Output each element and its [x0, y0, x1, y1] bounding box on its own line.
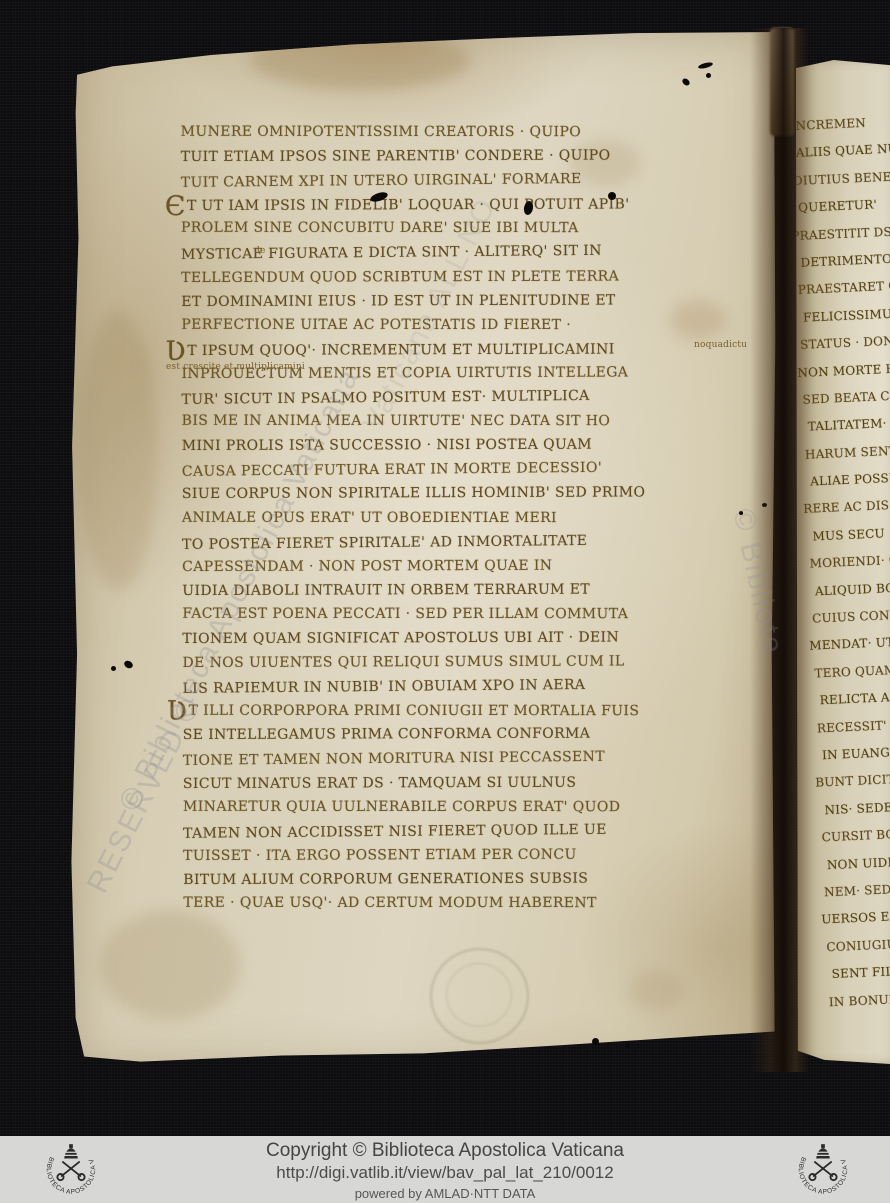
footer-url: http://digi.vatlib.it/view/bav_pal_lat_2… [0, 1163, 890, 1183]
library-stamp-inner-ring [446, 963, 512, 1027]
copyright-footer: Copyright © Biblioteca Apostolica Vatica… [0, 1136, 890, 1203]
library-stamp [430, 948, 529, 1044]
crossed-keys-icon [809, 1162, 836, 1181]
interlinear-gloss: de [254, 246, 266, 256]
manuscript-line: TELLEGENDUM QUOD SCRIBTUM EST IN PLETE T… [181, 268, 773, 294]
manuscript-line: TIONEM QUAM SIGNIFICAT APOSTOLUS UBI AIT… [182, 629, 774, 655]
facing-page-line: PRAESTARET COR [798, 278, 890, 311]
facing-page-line: IN BONUM [829, 989, 890, 1022]
ink-spot [608, 192, 616, 200]
parchment-stain [250, 30, 470, 90]
manuscript-line: TUISSET · ITA ERGO POSSENT ETIAM PER CON… [183, 846, 775, 872]
facing-page-line: RECESSIT' [817, 716, 890, 749]
facing-page-line: ALIIS QUAE NU [796, 141, 890, 173]
manuscript-line: TERE · QUAE USQ'· AD CERTUM MODUM HABERE… [183, 895, 775, 920]
vatican-library-logo: BIBLIOTECA APOSTOLICA VATICANA [40, 1138, 102, 1200]
facing-page-line: MORIENDI· G [809, 552, 890, 585]
facing-page-line: SENT FILIOS L [831, 962, 890, 994]
parchment-stain [78, 310, 158, 590]
facing-page-line: BUNT DICIT TE [815, 771, 890, 804]
facing-page-line: UERSOS ERA [821, 907, 890, 940]
vatican-library-logo: BIBLIOTECA APOSTOLICA VATICANA [792, 1138, 854, 1200]
facing-page-line: SED BEATA COM [802, 387, 890, 420]
facing-page-line: NEM· SED P [824, 880, 890, 913]
manuscript-line: SICUT MINATUS ERAT DS · TAMQUAM SI UULNU… [183, 773, 775, 799]
footer-copyright: Copyright © Biblioteca Apostolica Vatica… [0, 1140, 890, 1162]
interlinear-gloss: est crescite et multiplicamini [166, 362, 305, 372]
crossed-keys-icon [57, 1162, 84, 1181]
facing-page-line: ALIAE POSSU [810, 470, 890, 502]
facing-page-line: ALIQUID BONI [815, 579, 890, 611]
facing-page-line: TALITATEM· [807, 415, 890, 447]
manuscript-line: PERFECTIONE UITAE AC POTESTATIS ID FIERE… [181, 316, 773, 341]
manuscript-line: FACTA EST POENA PECCATI · SED PER ILLAM … [182, 606, 774, 631]
manuscript-line: ƲT ILLI CORPORPORA PRIMI CONIUGII ET MOR… [183, 702, 775, 727]
manuscript-line: TUR' SICUT IN PSALMO POSITUM EST· MULTIP… [181, 386, 773, 416]
manuscript-line: BITUM ALIUM CORPORUM GENERATIONES SUBSIS [183, 870, 775, 896]
facing-page-line: CONIUGIUM [826, 935, 890, 968]
facing-page-line: RELICTA ALTE [819, 688, 890, 720]
facing-page-line: TERO QUAM D [814, 661, 890, 694]
manuscript-line: LIS RAPIEMUR IN NUBIB' IN OBUIAM XPO IN … [182, 675, 774, 705]
ink-spot [625, 1043, 630, 1048]
facing-page-line: STATUS · DONEC [800, 333, 890, 366]
ink-spot [111, 666, 116, 671]
manuscript-line: BIS ME IN ANIMA MEA IN UIRTUTE' NEC DATA… [182, 413, 774, 438]
parchment-stain [630, 970, 682, 1012]
facing-page-line: CUIUS CONFOE [812, 606, 890, 639]
footer-powered-by: powered by AMLAD·NTT DATA [0, 1186, 890, 1201]
facing-page-line: FELICISSIMUM Q [803, 305, 890, 337]
facing-page-strip: INCREMENALIIS QUAE NUDIUTIUS BENEQUERETU… [796, 56, 890, 1068]
facing-page-line: PRAESTITIT DS PE [796, 223, 890, 256]
facing-page-line: HARUM SENTE [805, 442, 890, 475]
facing-page-line: RERE AC DIS [803, 497, 890, 530]
facing-page-line: NIS· SEDET [824, 798, 890, 830]
facing-page-line: MUS SECU [812, 524, 890, 556]
ink-spot [706, 73, 711, 78]
facing-page-line: DIUTIUS BENE [796, 169, 890, 202]
facing-page-line: IN EUANGELI [822, 743, 890, 775]
papal-tiara-icon [63, 1144, 79, 1158]
facing-page-line: DETRIMENTO PR [800, 251, 890, 283]
facing-page-line: CURSIT BONU [821, 825, 890, 858]
facing-page-line: MENDAT· UT [809, 634, 890, 667]
manuscript-page: MUNERE OMNIPOTENTISSIMI CREATORIS · QUIP… [70, 30, 776, 1070]
facing-page-line: NON UIDET UP [827, 853, 890, 885]
parchment-stain [100, 910, 240, 1020]
interlinear-gloss: noquadictu [694, 340, 747, 350]
manuscript-line: ET DOMINAMINI EIUS · ID EST UT IN PLENIT… [181, 292, 773, 318]
manuscript-line: MUNERE OMNIPOTENTISSIMI CREATORIS · QUIP… [181, 124, 773, 149]
manuscript-line: UIDIA DIABOLI INTRAUIT IN ORBEM TERRARUM… [182, 581, 774, 607]
manuscript-line: MINARETUR QUIA UULNERABILE CORPUS ERAT' … [183, 798, 775, 823]
papal-tiara-icon [815, 1144, 831, 1158]
facing-page-text: INCREMENALIIS QUAE NUDIUTIUS BENEQUERETU… [796, 114, 890, 1022]
scanned-page-view: MUNERE OMNIPOTENTISSIMI CREATORIS · QUIP… [0, 0, 890, 1203]
facing-page-line: QUERETUR' [798, 196, 890, 228]
ink-spot [592, 1038, 599, 1045]
facing-page-line: NON MORTE HOM [797, 360, 890, 393]
